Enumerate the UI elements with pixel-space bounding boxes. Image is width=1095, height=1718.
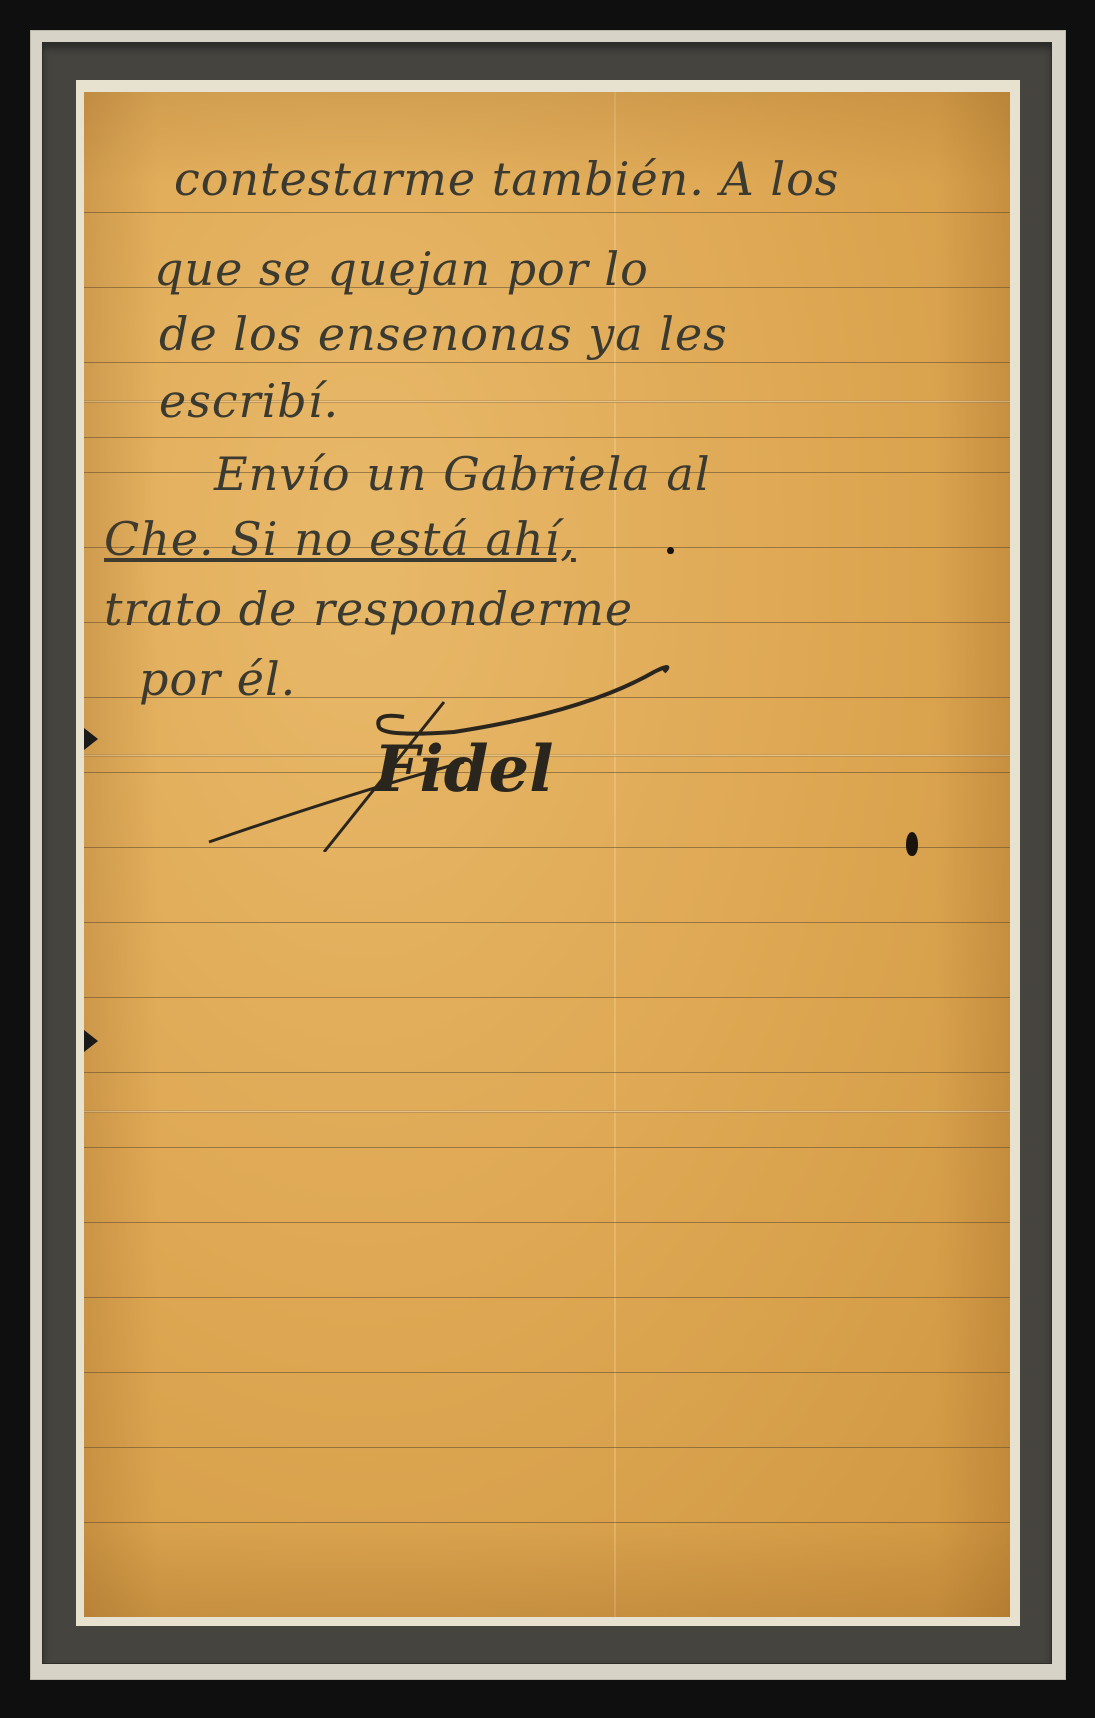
letter-paper: contestarme también. A los que se quejan… bbox=[84, 92, 1010, 1617]
letter-line: de los ensenonas ya les bbox=[159, 307, 728, 361]
letter-line: escribí. bbox=[159, 374, 339, 428]
ruled-line bbox=[84, 362, 1010, 363]
ruled-line bbox=[84, 1297, 1010, 1298]
ruled-line bbox=[84, 922, 1010, 923]
letter-line: Che. Si no está ahí, bbox=[104, 512, 576, 566]
letter-line: Envío un Gabriela al bbox=[214, 447, 711, 501]
horizontal-fold bbox=[84, 1110, 1010, 1113]
ruled-line bbox=[84, 1522, 1010, 1523]
ruled-line bbox=[84, 212, 1010, 213]
ruled-line bbox=[84, 437, 1010, 438]
letter-line: que se quejan por lo bbox=[154, 242, 649, 296]
signature: Fidel bbox=[374, 732, 554, 807]
ink-blot bbox=[906, 832, 918, 856]
letter-line: contestarme también. A los bbox=[174, 152, 839, 206]
ruled-line bbox=[84, 1447, 1010, 1448]
ruled-line bbox=[84, 1372, 1010, 1373]
ruled-line bbox=[84, 997, 1010, 998]
ink-dot bbox=[667, 547, 674, 554]
ruled-line bbox=[84, 1147, 1010, 1148]
letter-line: trato de responderme bbox=[104, 582, 633, 636]
ruled-line bbox=[84, 1222, 1010, 1223]
ruled-line bbox=[84, 1072, 1010, 1073]
